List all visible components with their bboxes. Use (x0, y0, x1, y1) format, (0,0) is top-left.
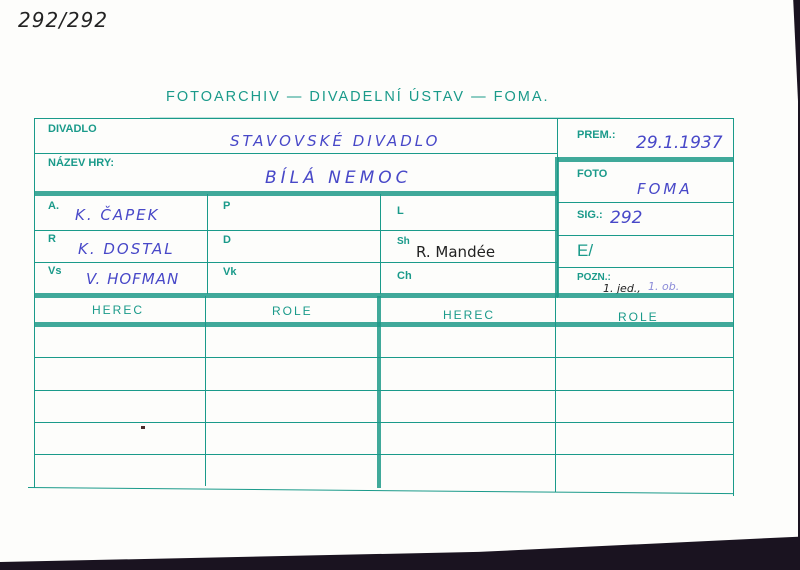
cast-col-divider-1 (205, 296, 206, 486)
label-e: E/ (577, 241, 593, 261)
cast-row-line-1 (34, 357, 734, 358)
label-a: A. (48, 200, 59, 212)
label-ch: Ch (397, 270, 412, 282)
value-foto: FOMA (637, 180, 693, 198)
value-r: K. DOSTAL (78, 240, 175, 258)
frame-left (34, 118, 35, 488)
archive-card: 292/292 FOTOARCHIV — DIVADELNÍ ÚSTAV — F… (0, 0, 798, 562)
label-vs: Vs (48, 265, 61, 277)
cast-row-line-3 (34, 422, 734, 423)
credits-row-divider-2 (34, 262, 558, 263)
e-bottom (557, 267, 733, 268)
cast-row-line-4 (34, 454, 734, 455)
foto-bottom (557, 202, 733, 203)
cast-header-bottom (34, 322, 734, 327)
label-l: L (397, 205, 404, 217)
value-vs: V. HOFMAN (86, 270, 179, 288)
frame-right (733, 118, 734, 496)
credits-col-divider-2 (380, 194, 381, 294)
label-vk: Vk (223, 266, 236, 278)
value-pozn-ink: 1. ob. (648, 280, 679, 293)
divadlo-row-divider (34, 153, 558, 154)
cast-col-divider-center (377, 296, 381, 488)
value-divadlo: STAVOVSKÉ DIVADLO (230, 132, 441, 150)
label-r: R (48, 233, 56, 245)
value-prem: 29.1.1937 (636, 133, 723, 153)
label-sh: Sh (397, 236, 410, 247)
label-p: P (223, 200, 230, 212)
value-nazev-hry: BÍLÁ NEMOC (265, 168, 412, 188)
title-block-bottom (34, 191, 558, 196)
cast-col-divider-3 (555, 296, 556, 492)
archive-header-title: FOTOARCHIV — DIVADELNÍ ÚSTAV — FOMA. (166, 89, 550, 105)
credits-col-divider-1 (207, 194, 208, 294)
label-prem: PREM.: (577, 129, 616, 141)
cast-row-line-2 (34, 390, 734, 391)
label-sig: SIG.: (577, 209, 603, 221)
credits-bottom (34, 293, 734, 298)
value-a: K. ČAPEK (75, 206, 159, 224)
col-herec-2: HEREC (443, 308, 495, 322)
col-role-1: ROLE (272, 304, 313, 318)
value-sh: R. Mandée (416, 243, 495, 261)
col-herec-1: HEREC (92, 303, 144, 317)
prem-bottom (557, 157, 733, 162)
frame-top (34, 118, 734, 119)
catalog-number: 292/292 (18, 8, 108, 32)
label-nazev-hry: NÁZEV HRY: (48, 157, 114, 169)
value-sig: 292 (610, 208, 642, 228)
right-block-thick-divider (555, 157, 559, 297)
ink-speck (141, 426, 145, 429)
label-d: D (223, 234, 231, 246)
label-divadlo: DIVADLO (48, 123, 97, 135)
frame-bottom (28, 487, 734, 494)
sig-bottom (557, 235, 733, 236)
credits-row-divider-1 (34, 230, 558, 231)
label-foto: FOTO (577, 168, 607, 180)
